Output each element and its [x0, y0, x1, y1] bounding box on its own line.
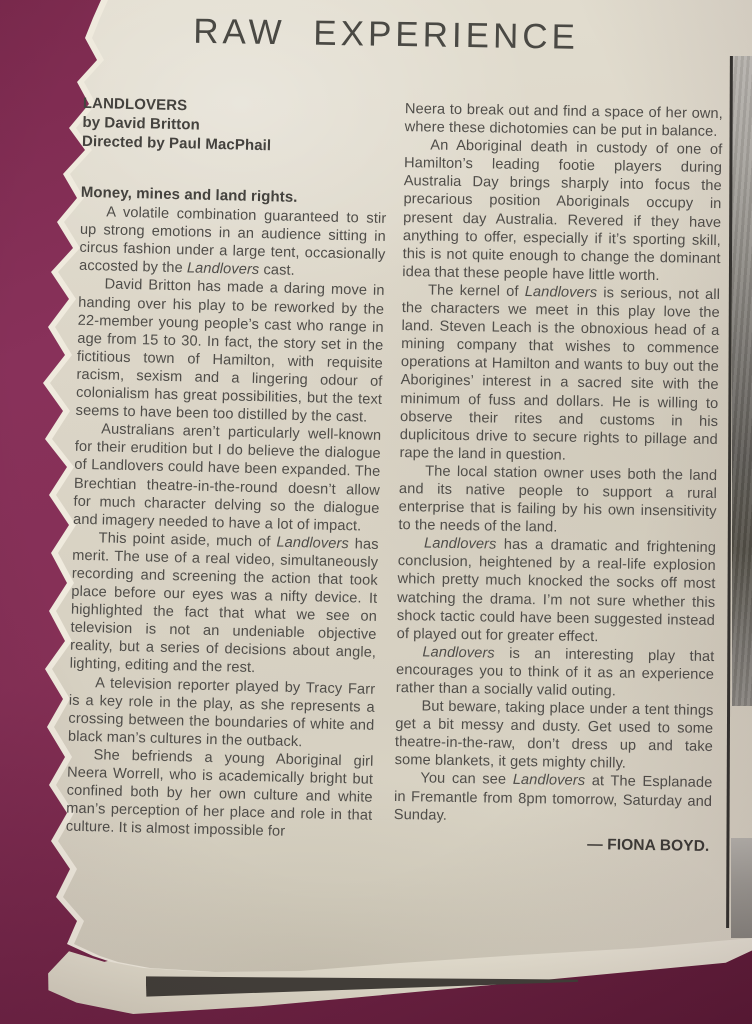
article-columns: LANDLOVERS by David Britton Directed by …: [71, 95, 723, 856]
article-paragraph: Neera to break out and find a space of h…: [404, 100, 723, 141]
article-paragraph: A volatile combination guaranteed to sti…: [79, 203, 387, 283]
left-column-paragraphs: A volatile combination guaranteed to sti…: [66, 203, 387, 843]
clipping-photo: RAW EXPERIENCE LANDLOVERS by David Britt…: [0, 0, 752, 1024]
article-paragraph: But beware, taking place under a tent th…: [395, 697, 714, 774]
article-byline: — FIONA BOYD.: [393, 833, 711, 856]
article-paragraph: A television reporter played by Tracy Fa…: [68, 673, 376, 753]
right-column: Neera to break out and find a space of h…: [393, 100, 723, 856]
right-column-paragraphs: Neera to break out and find a space of h…: [394, 100, 723, 829]
article-paragraph: Landlovers is an interesting play that e…: [396, 643, 715, 702]
article-paragraph: The local station owner uses both the la…: [398, 462, 717, 539]
article-paragraph: Australians aren’t particularly well-kno…: [73, 420, 381, 536]
article: RAW EXPERIENCE LANDLOVERS by David Britt…: [0, 0, 752, 1024]
article-paragraph: You can see Landlovers at The Esplanade …: [394, 769, 713, 828]
article-paragraph: An Aboriginal death in custody of one of…: [402, 136, 722, 286]
article-paragraph: Landlovers has a dramatic and frightenin…: [397, 534, 717, 648]
article-paragraph: The kernel of Landlovers is serious, not…: [399, 281, 720, 467]
article-paragraph: This point aside, much of Landlovers has…: [69, 528, 378, 680]
article-paragraph: She befriends a young Aboriginal girl Ne…: [66, 746, 374, 844]
article-headline: RAW EXPERIENCE: [168, 11, 605, 58]
left-column: LANDLOVERS by David Britton Directed by …: [65, 94, 389, 852]
article-paragraph: David Britton has made a daring move in …: [75, 275, 384, 427]
credit-block: LANDLOVERS by David Britton Directed by …: [82, 94, 389, 158]
